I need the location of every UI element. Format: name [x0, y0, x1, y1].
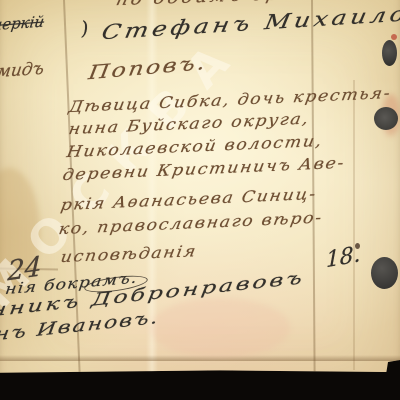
- manuscript-page: МОСКВА по обоимъ бракамъ 24. черкій ) Ст…: [0, 0, 400, 400]
- crossed-out-word: черкій: [0, 14, 45, 33]
- margin-word-fragment: мидъ: [0, 61, 45, 82]
- binding-fastener: [382, 40, 397, 66]
- photo-frame: МОСКВА по обоимъ бракамъ 24. черкій ) Ст…: [0, 0, 400, 400]
- secondary-column-rule: [353, 80, 355, 370]
- red-speck: [391, 34, 397, 40]
- body-line: исповѣданія: [59, 244, 198, 266]
- binding-fastener: [374, 107, 398, 130]
- pink-stain: [150, 298, 290, 358]
- binding-fastener: [371, 257, 398, 289]
- bracket-mark: ): [80, 19, 89, 39]
- body-line: Дѣвица Сибка, дочь крестья-: [67, 86, 392, 116]
- ink-speck: [355, 243, 360, 249]
